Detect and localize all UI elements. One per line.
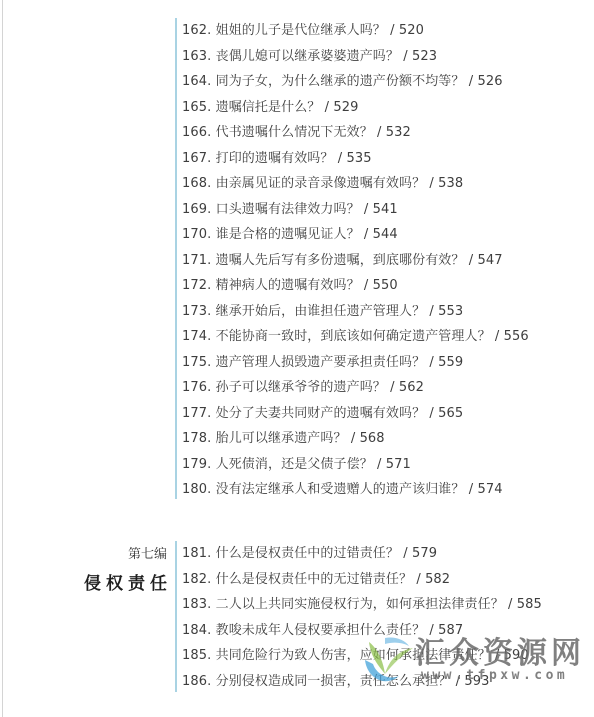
toc-item[interactable]: 178. 胎儿可以继承遗产吗？ / 568 <box>182 426 529 452</box>
toc-item[interactable]: 168. 由亲属见证的录音录像遗嘱有效吗？ / 538 <box>182 171 529 197</box>
toc-item[interactable]: 185. 共同危险行为致人伤害，应如何承担法律责任？ / 590 <box>182 643 542 669</box>
toc-item[interactable]: 172. 精神病人的遗嘱有效吗？ / 550 <box>182 273 529 299</box>
toc-item-title: 二人以上共同实施侵权行为，如何承担法律责任？ <box>216 597 504 612</box>
toc-item-title: 代书遗嘱什么情况下无效？ <box>216 125 373 140</box>
section-title: 侵权责任 <box>84 569 172 594</box>
toc-separator: / <box>504 597 517 612</box>
toc-item[interactable]: 181. 什么是侵权责任中的过错责任？ / 579 <box>182 541 542 567</box>
toc-separator: / <box>334 151 347 166</box>
toc-item-title: 不能协商一致时，到底该如何确定遗产管理人？ <box>216 329 491 344</box>
toc-item-page: 535 <box>346 151 371 166</box>
toc-item[interactable]: 163. 丧偶儿媳可以继承婆婆遗产吗？ / 523 <box>182 44 529 70</box>
toc-item-number: 169. <box>182 202 211 217</box>
toc-item-page: 526 <box>477 74 502 89</box>
toc-item-title: 精神病人的遗嘱有效吗？ <box>216 278 360 293</box>
toc-item-number: 176. <box>182 380 211 395</box>
toc-item-page: 568 <box>360 431 385 446</box>
toc-item-title: 遗嘱信托是什么？ <box>216 100 321 115</box>
toc-item[interactable]: 171. 遗嘱人先后写有多份遗嘱，到底哪份有效？ / 547 <box>182 248 529 274</box>
toc-item-title: 分别侵权造成同一损害，责任怎么承担？ <box>216 674 452 689</box>
toc-item[interactable]: 169. 口头遗嘱有法律效力吗？ / 541 <box>182 197 529 223</box>
toc-item-page: 538 <box>438 176 463 191</box>
toc-item[interactable]: 177. 处分了夫妻共同财产的遗嘱有效吗？ / 565 <box>182 401 529 427</box>
toc-item-page: 574 <box>477 482 502 497</box>
toc-item-page: 523 <box>412 49 437 64</box>
toc-separator: / <box>412 572 425 587</box>
toc-item-page: 562 <box>399 380 424 395</box>
toc-item-page: 520 <box>399 23 424 38</box>
toc-item-title: 人死债消，还是父债子偿？ <box>216 457 373 472</box>
toc-item-number: 173. <box>182 304 211 319</box>
toc-item-number: 180. <box>182 482 211 497</box>
toc-item-page: 532 <box>386 125 411 140</box>
toc-item-title: 教唆未成年人侵权要承担什么责任？ <box>216 623 426 638</box>
toc-item-title: 由亲属见证的录音录像遗嘱有效吗？ <box>216 176 426 191</box>
toc-separator: / <box>386 380 399 395</box>
toc-item-title: 姐姐的儿子是代位继承人吗？ <box>216 23 386 38</box>
toc-item-number: 175. <box>182 355 211 370</box>
toc-item-title: 处分了夫妻共同财产的遗嘱有效吗？ <box>216 406 426 421</box>
toc-item-number: 162. <box>182 23 211 38</box>
toc-separator: / <box>465 482 478 497</box>
toc-item-number: 182. <box>182 572 211 587</box>
toc-item-number: 184. <box>182 623 211 638</box>
toc-item[interactable]: 166. 代书遗嘱什么情况下无效？ / 532 <box>182 120 529 146</box>
toc-separator: / <box>491 329 504 344</box>
toc-separator: / <box>451 674 464 689</box>
toc-item[interactable]: 174. 不能协商一致时，到底该如何确定遗产管理人？ / 556 <box>182 324 529 350</box>
toc-separator: / <box>399 546 412 561</box>
toc-item[interactable]: 180. 没有法定继承人和受遗赠人的遗产该归谁？ / 574 <box>182 477 529 503</box>
toc-item-page: 544 <box>373 227 398 242</box>
toc-item-page: 571 <box>386 457 411 472</box>
toc-separator: / <box>425 176 438 191</box>
toc-item-page: 585 <box>517 597 542 612</box>
toc-item-title: 打印的遗嘱有效吗？ <box>216 151 334 166</box>
toc-item-title: 谁是合格的遗嘱见证人？ <box>216 227 360 242</box>
toc-item-number: 164. <box>182 74 211 89</box>
toc-item-number: 172. <box>182 278 211 293</box>
toc-separator: / <box>465 253 478 268</box>
toc-item[interactable]: 165. 遗嘱信托是什么？ / 529 <box>182 95 529 121</box>
toc-item-number: 179. <box>182 457 211 472</box>
toc-item-title: 共同危险行为致人伤害，应如何承担法律责任？ <box>216 648 491 663</box>
toc-item-page: 550 <box>373 278 398 293</box>
toc-item[interactable]: 186. 分别侵权造成同一损害，责任怎么承担？ / 593 <box>182 669 542 695</box>
toc-item-number: 171. <box>182 253 211 268</box>
toc-item[interactable]: 175. 遗产管理人损毁遗产要承担责任吗？ / 559 <box>182 350 529 376</box>
toc-item[interactable]: 167. 打印的遗嘱有效吗？ / 535 <box>182 146 529 172</box>
toc-item-title: 遗产管理人损毁遗产要承担责任吗？ <box>216 355 426 370</box>
toc-separator: / <box>425 304 438 319</box>
toc-item-page: 565 <box>438 406 463 421</box>
toc-item-number: 163. <box>182 49 211 64</box>
toc-item-title: 什么是侵权责任中的无过错责任？ <box>216 572 413 587</box>
toc-item-number: 165. <box>182 100 211 115</box>
toc-separator: / <box>491 648 504 663</box>
toc-item-page: 582 <box>425 572 450 587</box>
toc-item-page: 553 <box>438 304 463 319</box>
toc-item-number: 185. <box>182 648 211 663</box>
toc-item-title: 孙子可以继承爷爷的遗产吗？ <box>216 380 386 395</box>
toc-item-title: 同为子女，为什么继承的遗产份额不均等？ <box>216 74 465 89</box>
toc-item-number: 183. <box>182 597 211 612</box>
toc-separator: / <box>399 49 412 64</box>
toc-item[interactable]: 183. 二人以上共同实施侵权行为，如何承担法律责任？ / 585 <box>182 592 542 618</box>
toc-item-number: 186. <box>182 674 211 689</box>
section-part-label: 第七编 <box>128 543 167 562</box>
toc-item[interactable]: 176. 孙子可以继承爷爷的遗产吗？ / 562 <box>182 375 529 401</box>
toc-item-page: 590 <box>504 648 529 663</box>
toc-item-title: 没有法定继承人和受遗赠人的遗产该归谁？ <box>216 482 465 497</box>
toc-item-page: 579 <box>412 546 437 561</box>
toc-item-page: 547 <box>477 253 502 268</box>
toc-item-title: 胎儿可以继承遗产吗？ <box>216 431 347 446</box>
toc-list-inheritance: 162. 姐姐的儿子是代位继承人吗？ / 520 163. 丧偶儿媳可以继承婆婆… <box>175 18 529 499</box>
toc-separator: / <box>425 623 438 638</box>
toc-separator: / <box>360 202 373 217</box>
toc-item-page: 529 <box>333 100 358 115</box>
toc-item-number: 174. <box>182 329 211 344</box>
toc-item[interactable]: 184. 教唆未成年人侵权要承担什么责任？ / 587 <box>182 618 542 644</box>
toc-item-number: 178. <box>182 431 211 446</box>
toc-item-title: 丧偶儿媳可以继承婆婆遗产吗？ <box>216 49 399 64</box>
toc-separator: / <box>465 74 478 89</box>
toc-item-title: 口头遗嘱有法律效力吗？ <box>216 202 360 217</box>
toc-item[interactable]: 170. 谁是合格的遗嘱见证人？ / 544 <box>182 222 529 248</box>
toc-separator: / <box>360 227 373 242</box>
toc-item-title: 继承开始后，由谁担任遗产管理人？ <box>216 304 426 319</box>
toc-item-number: 170. <box>182 227 211 242</box>
toc-item[interactable]: 164. 同为子女，为什么继承的遗产份额不均等？ / 526 <box>182 69 529 95</box>
toc-item-number: 177. <box>182 406 211 421</box>
toc-separator: / <box>425 406 438 421</box>
toc-item-title: 遗嘱人先后写有多份遗嘱，到底哪份有效？ <box>216 253 465 268</box>
page-edge-border <box>2 0 3 717</box>
toc-item-page: 593 <box>464 674 489 689</box>
toc-separator: / <box>360 278 373 293</box>
toc-item[interactable]: 162. 姐姐的儿子是代位继承人吗？ / 520 <box>182 18 529 44</box>
toc-separator: / <box>347 431 360 446</box>
toc-separator: / <box>386 23 399 38</box>
toc-item[interactable]: 182. 什么是侵权责任中的无过错责任？ / 582 <box>182 567 542 593</box>
toc-separator: / <box>320 100 333 115</box>
toc-item-number: 181. <box>182 546 211 561</box>
toc-item-page: 556 <box>504 329 529 344</box>
toc-item-page: 541 <box>373 202 398 217</box>
toc-item-title: 什么是侵权责任中的过错责任？ <box>216 546 399 561</box>
toc-item-page: 587 <box>438 623 463 638</box>
toc-separator: / <box>425 355 438 370</box>
toc-item-number: 167. <box>182 151 211 166</box>
toc-item[interactable]: 179. 人死债消，还是父债子偿？ / 571 <box>182 452 529 478</box>
toc-item-page: 559 <box>438 355 463 370</box>
toc-list-tort-liability: 181. 什么是侵权责任中的过错责任？ / 579 182. 什么是侵权责任中的… <box>175 541 542 692</box>
toc-separator: / <box>373 125 386 140</box>
toc-item-number: 168. <box>182 176 211 191</box>
toc-item-number: 166. <box>182 125 211 140</box>
toc-item[interactable]: 173. 继承开始后，由谁担任遗产管理人？ / 553 <box>182 299 529 325</box>
toc-separator: / <box>373 457 386 472</box>
